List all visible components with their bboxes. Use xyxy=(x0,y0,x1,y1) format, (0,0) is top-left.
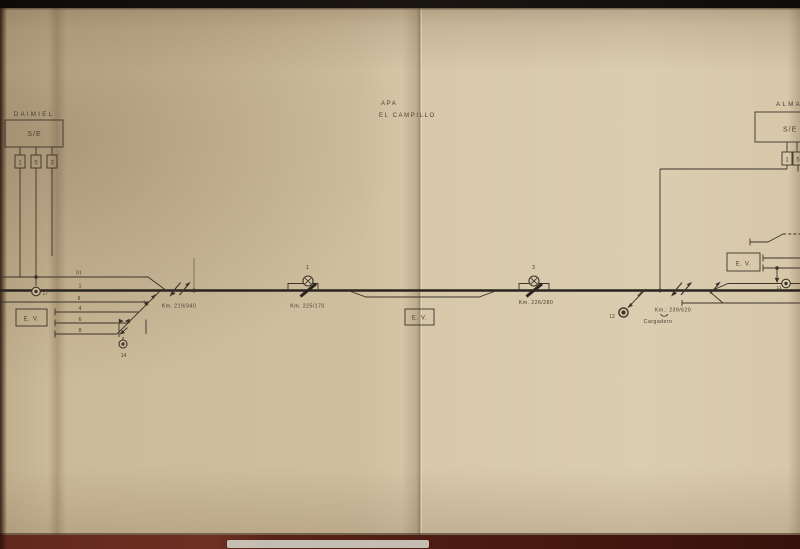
frame-bottom-light-strip xyxy=(227,540,429,548)
frame-top-bar xyxy=(0,0,800,8)
right-breaker-2-label: 5 xyxy=(796,158,800,164)
cargadero-label: Cargadero xyxy=(644,319,673,325)
right-substation-label: S/E xyxy=(783,127,797,134)
feed-point-11-label: 11 xyxy=(777,285,782,291)
paper-background xyxy=(0,0,800,549)
feed-point-11-dot xyxy=(784,282,787,285)
km-219-label: Km. 219/340 xyxy=(162,304,196,310)
track-1-label: 1 xyxy=(78,284,81,290)
paper-bottom-edge-line xyxy=(0,533,800,535)
right-station-name: ALMAG xyxy=(776,101,800,108)
switch-3-id-label: 3 xyxy=(532,265,535,271)
left-station-name: DAIMIEL xyxy=(14,111,55,118)
km-226-label: Km. 226/280 xyxy=(519,300,553,306)
disconnector-14-dot xyxy=(121,342,124,345)
feed-point-17-label: 17 xyxy=(43,291,49,297)
feeder-stub-dot xyxy=(192,289,196,293)
switch-1-id-label: 1 xyxy=(306,265,309,271)
scanned-photo: DAIMIEL S/E 1 5 3 17 III xyxy=(0,0,800,549)
track-6-label: 6 xyxy=(78,317,81,323)
frame-left-edge xyxy=(0,8,7,549)
track-8-label: 8 xyxy=(78,328,81,334)
railway-electrification-diagram: DAIMIEL S/E 1 5 3 17 III xyxy=(0,0,800,549)
paper-crease-left xyxy=(48,8,66,536)
feed-point-17-dot xyxy=(34,290,37,293)
branch-12-dot xyxy=(621,310,625,314)
km-239-label: Km.: 239/620 xyxy=(655,308,691,314)
track-ii-label: II xyxy=(77,296,81,302)
center-ev-label: E. V. xyxy=(412,316,427,322)
left-substation-label: S/E xyxy=(27,131,41,138)
frame-top-edge-line xyxy=(0,8,800,10)
paper-center-fold xyxy=(402,8,422,536)
km-225-label: Km. 225/170 xyxy=(290,304,324,310)
branch-12-label: 12 xyxy=(609,314,615,320)
left-ev-label: E. V. xyxy=(24,317,39,323)
apeadero-type-label: APA xyxy=(381,101,397,107)
track-4-label: 4 xyxy=(78,306,81,312)
right-feeder-dot xyxy=(658,289,662,293)
right-ev-label: E. V. xyxy=(736,262,751,268)
paper-right-edge-shade xyxy=(788,8,800,536)
apeadero-name-label: EL CAMPILLO xyxy=(379,113,436,119)
disconnector-14-label: 14 xyxy=(121,353,127,359)
paper-corner-shadow xyxy=(0,0,800,549)
track-iii-label: III xyxy=(76,271,82,277)
